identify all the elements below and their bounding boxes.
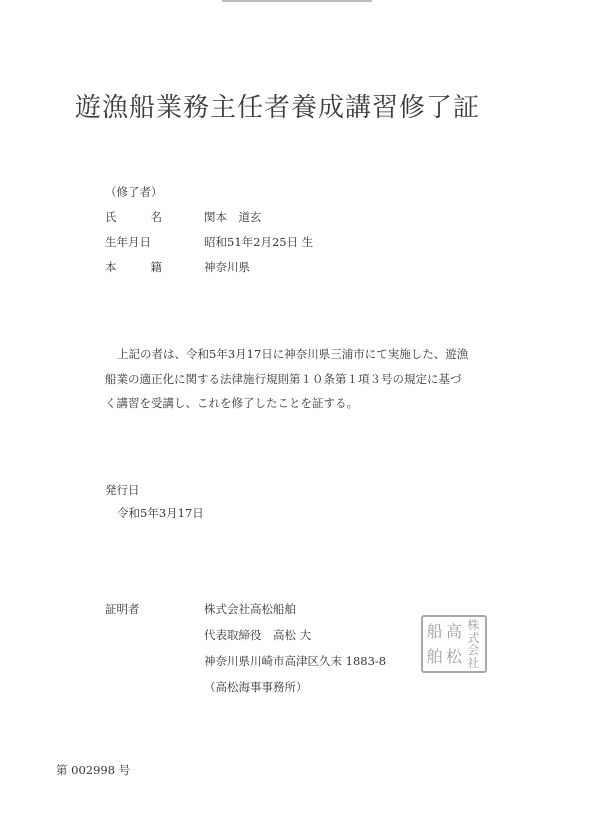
seal-char: 会: [464, 644, 483, 657]
certifier-office: （高松海事事務所）: [204, 679, 308, 695]
certifier-label: 証明者: [105, 601, 140, 617]
name-label: 氏名: [105, 209, 162, 225]
seal-char: 船: [425, 619, 444, 644]
statement-line: 上記の者は、令和5年3月17日に神奈川県三浦市にて実施した、遊漁: [105, 342, 525, 367]
issue-date-label: 発行日: [105, 482, 140, 498]
certifier-address: 神奈川県川崎市高津区久末 1883-8: [204, 653, 386, 669]
seal-char: 舶: [425, 644, 444, 669]
seal-char: 高: [444, 619, 463, 644]
statement-line: く講習を受講し、これを修了したことを証する。: [105, 391, 525, 416]
issue-date-value: 令和5年3月17日: [117, 505, 204, 521]
seal-char: 株: [464, 619, 483, 632]
certification-statement: 上記の者は、令和5年3月17日に神奈川県三浦市にて実施した、遊漁 船業の適正化に…: [105, 342, 525, 416]
certifier-company: 株式会社高松船舶: [204, 601, 296, 617]
serial-number: 第 002998 号: [56, 762, 130, 778]
birthdate-label: 生年月日: [105, 234, 151, 250]
name-value: 関本 道玄: [204, 209, 262, 225]
certifier-representative: 代表取締役 高松 大: [204, 627, 311, 643]
seal-char: 社: [464, 657, 483, 670]
seal-char: 松: [444, 644, 463, 669]
seal-char: 式: [464, 632, 483, 645]
certificate-title: 遊漁船業務主任者養成講習修了証: [75, 87, 480, 124]
scan-edge-artifact: [222, 0, 372, 2]
birthdate-value: 昭和51年2月25日 生: [204, 234, 313, 250]
domicile-label: 本籍: [105, 259, 162, 275]
statement-line: 船業の適正化に関する法律施行規則第１０条第１項３号の規定に基づ: [105, 367, 525, 392]
company-seal: 株 式 会 社 高 松 船 舶: [421, 615, 487, 673]
completer-section-heading: （修了者）: [105, 184, 163, 200]
domicile-value: 神奈川県: [204, 259, 250, 275]
